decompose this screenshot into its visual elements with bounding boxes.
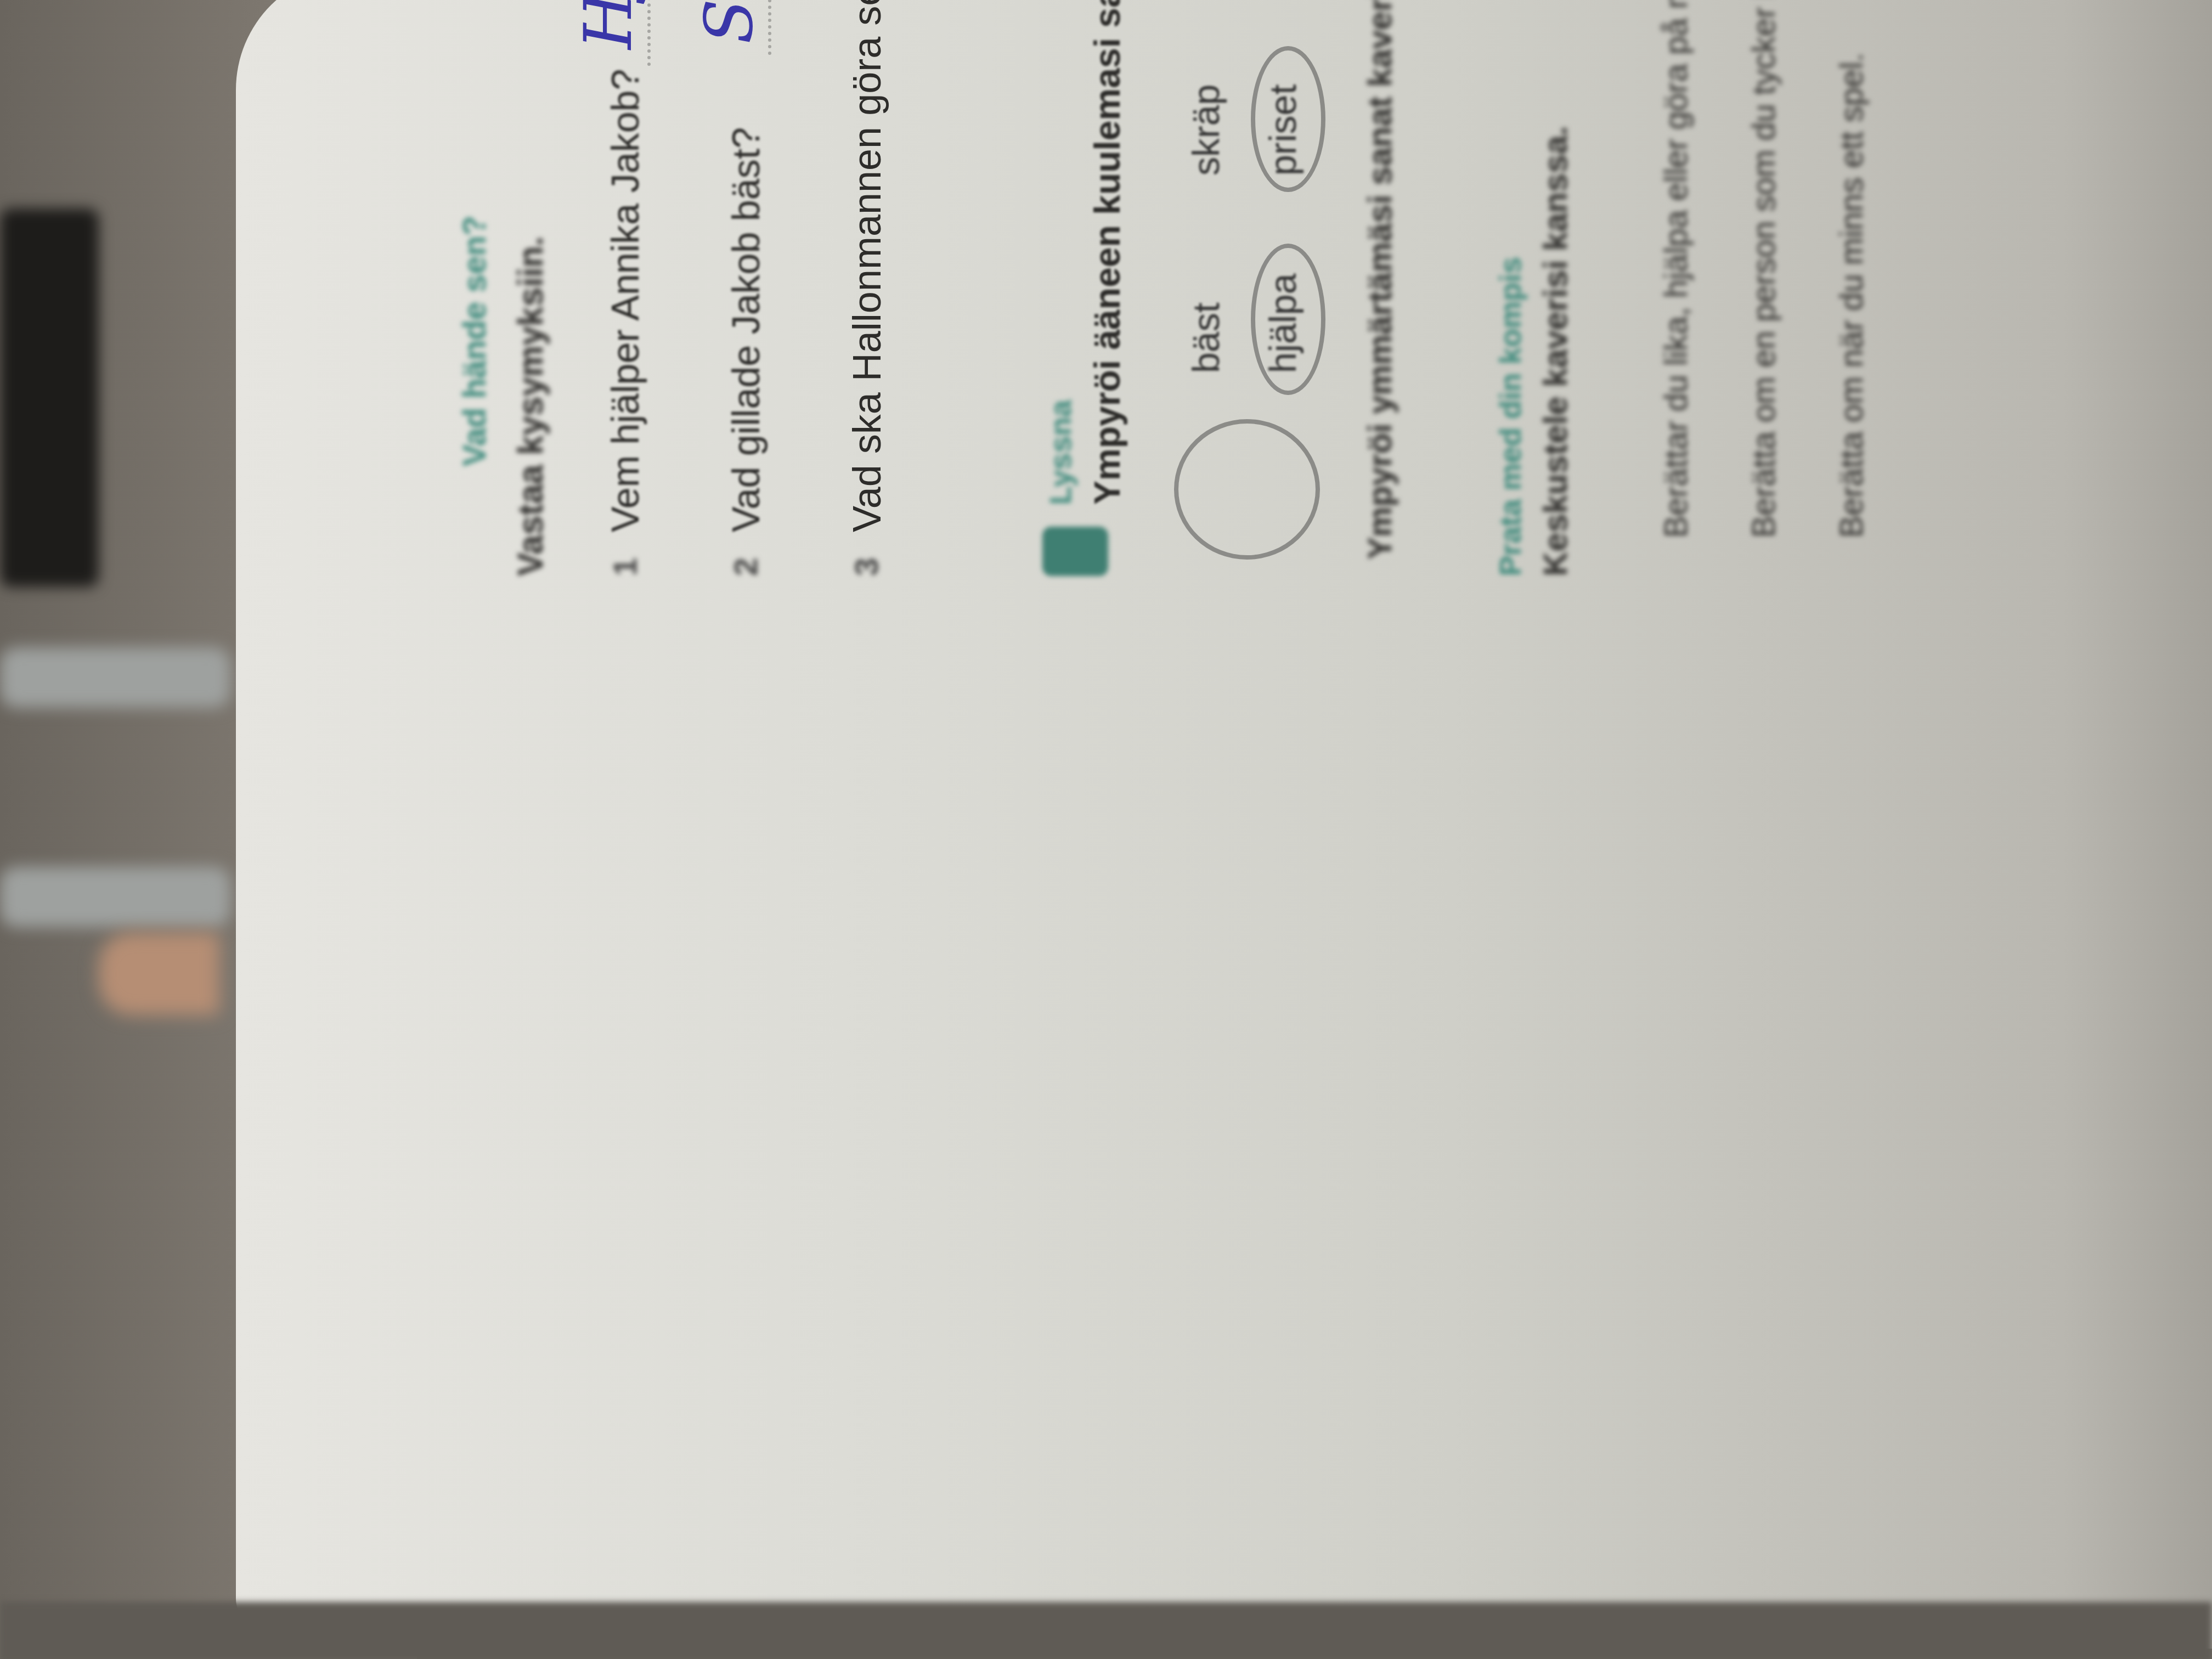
striped-sock xyxy=(0,647,230,708)
question-2-text: Vad gillade Jakob bäst? xyxy=(724,127,768,532)
question-number: 1 xyxy=(606,558,644,576)
word[interactable]: skräp xyxy=(1185,84,1228,176)
discussion-item: Berättar du lika, hjälpa eller göra på n… xyxy=(1657,0,1695,538)
striped-sock xyxy=(0,867,230,927)
section1-heading: Vad hände sen? xyxy=(455,216,493,466)
question-3-text: Vad ska Hallonmannen göra sedan? xyxy=(845,0,890,532)
question-number: 3 xyxy=(848,558,885,576)
section2-heading: Lyssna xyxy=(1042,400,1078,505)
section2-instruction: Ympyröi ääneen kuulemasi sanat. xyxy=(1086,0,1128,505)
section2-instruction-2: Ympyröi ymmärtämäsi sanat kaverin kanssa… xyxy=(1361,0,1400,560)
pencil-circle xyxy=(1174,419,1320,560)
pencil-circle xyxy=(1251,46,1325,192)
word[interactable]: bäst xyxy=(1185,302,1228,373)
section3-instruction: Keskustele kaverisi kanssa. xyxy=(1536,126,1575,576)
dark-object xyxy=(0,208,99,587)
section3-heading: Prata med din kompis xyxy=(1492,257,1528,576)
section1-instruction: Vastaa kysymyksiin. xyxy=(510,236,551,576)
discussion-item: Berätta om en person som du tycker bra. xyxy=(1745,0,1782,538)
answer-line xyxy=(647,0,651,66)
answer-line xyxy=(768,0,771,55)
question-1-text: Vem hjälper Annika Jakob? xyxy=(603,69,647,532)
question-number: 2 xyxy=(727,558,765,576)
foot xyxy=(99,933,219,1015)
handwritten-answer-1: Hjälpte Jakob bestämma vad göra efter ni… xyxy=(571,0,647,49)
pencil-circle xyxy=(1251,244,1325,395)
discussion-item: Berätta om när du minns ett spel. xyxy=(1832,53,1870,538)
exercise-badge xyxy=(1042,527,1108,576)
handwritten-answer-2: Skopa skopa en kampan xyxy=(691,0,768,44)
page-content: Vad hände sen? Vastaa kysymyksiin. 1 Vem… xyxy=(329,27,2194,1646)
